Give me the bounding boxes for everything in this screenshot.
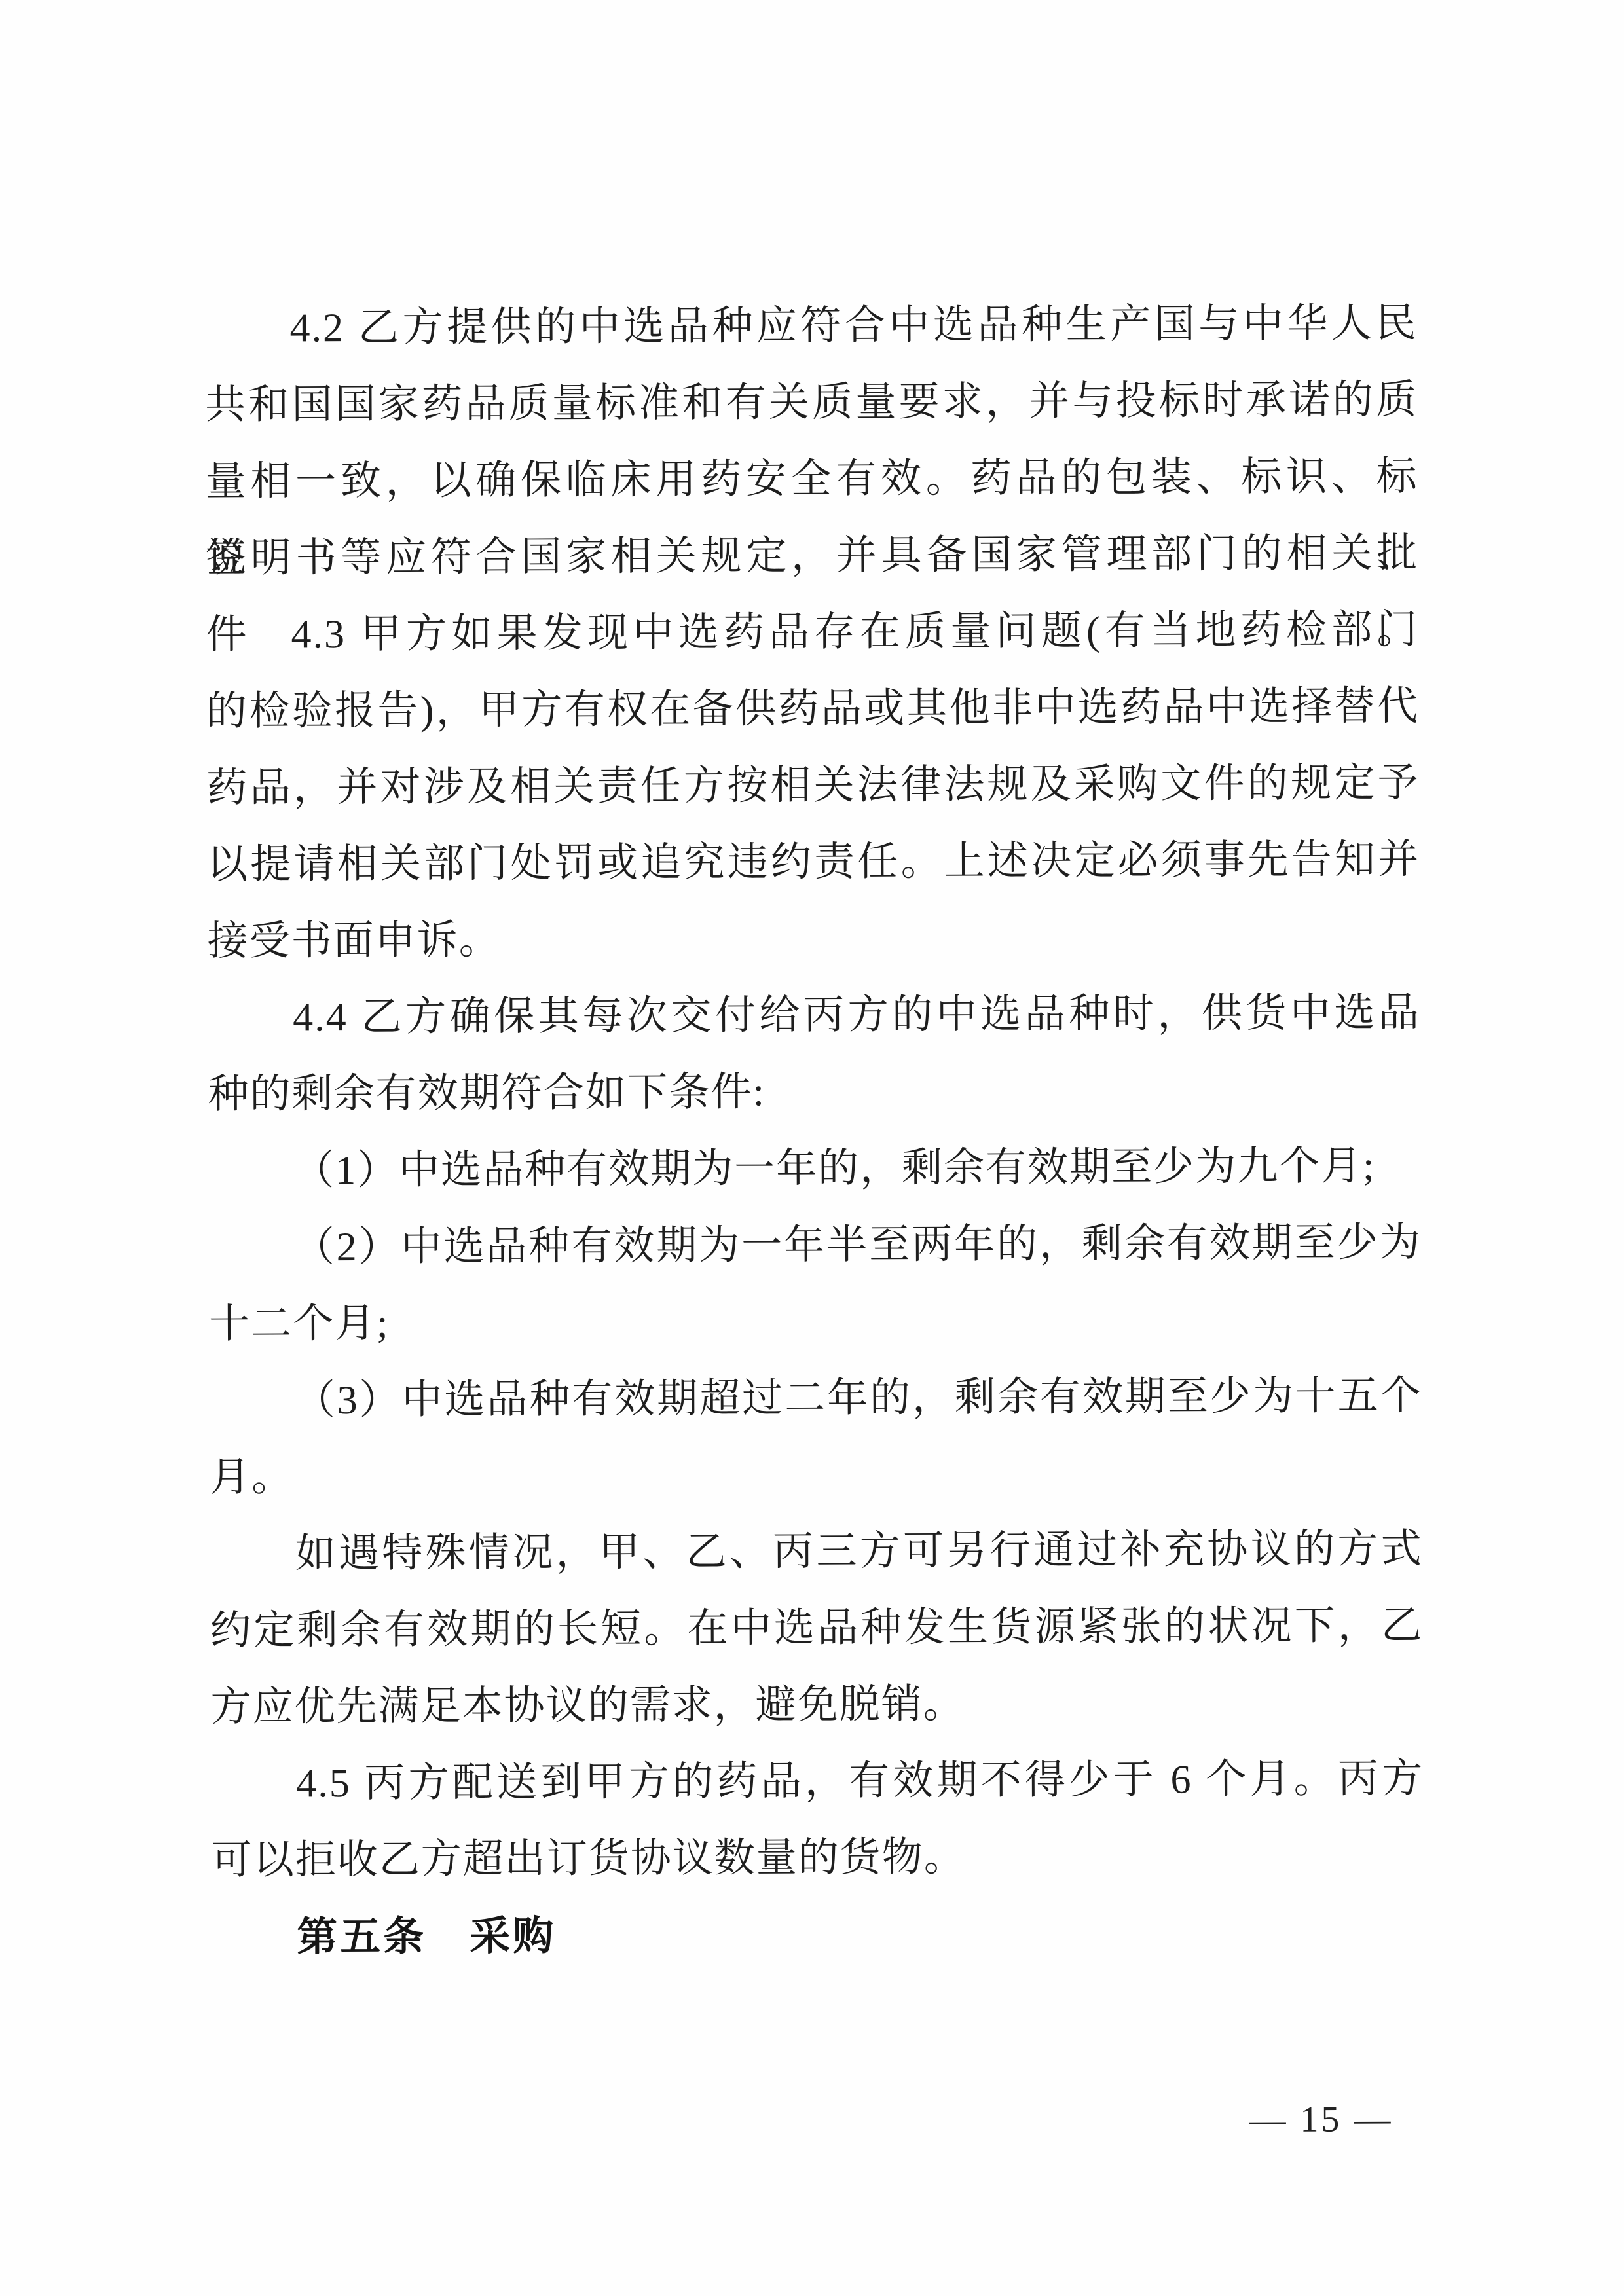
- text-line: 共和国国家药品质量标准和有关质量要求，并与投标时承诺的质: [205, 362, 1418, 444]
- text-line: 约定剩余有效期的长短。在中选品种发生货源紧张的状况下，乙: [210, 1588, 1423, 1669]
- text-line: 4.3 甲方如果发现中选药品存在质量问题(有当地药检部门: [206, 592, 1418, 674]
- text-line: （2）中选品种有效期为一年半至两年的，剩余有效期至少为: [208, 1205, 1421, 1286]
- text-line: 的检验报告)，甲方有权在备供药品或其他非中选药品中选择替代: [206, 668, 1419, 750]
- clause-4-4-paragraph: 4.4 乙方确保其每次交付给丙方的中选品种时，供货中选品 种的剩余有效期符合如下…: [208, 975, 1421, 1133]
- condition-item-1: （1）中选品种有效期为一年的，剩余有效期至少为九个月;: [208, 1128, 1421, 1210]
- text-line: 4.4 乙方确保其每次交付给丙方的中选品种时，供货中选品: [208, 975, 1420, 1057]
- page-number: — 15 —: [1213, 2096, 1429, 2143]
- clause-4-2-paragraph: 4.2 乙方提供的中选品种应符合中选品种生产国与中华人民 共和国国家药品质量标准…: [204, 285, 1418, 597]
- text-line: 药品，并对涉及相关责任方按相关法律法规及采购文件的规定予: [206, 745, 1419, 827]
- text-line: 量相一致，以确保临床用药安全有效。药品的包装、标识、标签、: [205, 439, 1418, 520]
- scanned-contract-page: 4.2 乙方提供的中选品种应符合中选品种生产国与中华人民 共和国国家药品质量标准…: [0, 0, 1624, 2296]
- special-case-paragraph: 如遇特殊情况，甲、乙、丙三方可另行通过补充协议的方式 约定剩余有效期的长短。在中…: [210, 1511, 1424, 1746]
- text-line: 方应优先满足本协议的需求，避免脱销。: [210, 1664, 1423, 1746]
- text-line: 十二个月;: [209, 1281, 1422, 1363]
- clause-4-3-paragraph: 4.3 甲方如果发现中选药品存在质量问题(有当地药检部门 的检验报告)，甲方有权…: [206, 592, 1420, 980]
- contract-text-block: 4.2 乙方提供的中选品种应符合中选品种生产国与中华人民 共和国国家药品质量标准…: [204, 285, 1424, 1976]
- text-line: 4.5 丙方配送到甲方的药品，有效期不得少于 6 个月。丙方: [211, 1741, 1424, 1823]
- clause-4-5-paragraph: 4.5 丙方配送到甲方的药品，有效期不得少于 6 个月。丙方 可以拒收乙方超出订…: [211, 1741, 1424, 1899]
- text-line: 4.2 乙方提供的中选品种应符合中选品种生产国与中华人民: [204, 285, 1417, 367]
- condition-item-3: （3）中选品种有效期超过二年的，剩余有效期至少为十五个 月。: [209, 1358, 1422, 1516]
- text-line: （3）中选品种有效期超过二年的，剩余有效期至少为十五个: [209, 1358, 1422, 1440]
- text-line: 种的剩余有效期符合如下条件:: [208, 1051, 1420, 1133]
- scan-sheet: 4.2 乙方提供的中选品种应符合中选品种生产国与中华人民 共和国国家药品质量标准…: [0, 0, 1624, 2296]
- heading-text: 第五条 采购: [212, 1894, 1424, 1976]
- condition-item-2: （2）中选品种有效期为一年半至两年的，剩余有效期至少为 十二个月;: [208, 1205, 1422, 1363]
- article-5-heading: 第五条 采购: [212, 1894, 1424, 1976]
- text-line: 月。: [210, 1434, 1422, 1516]
- text-line: （1）中选品种有效期为一年的，剩余有效期至少为九个月;: [208, 1128, 1421, 1210]
- text-line: 如遇特殊情况，甲、乙、丙三方可另行通过补充协议的方式: [210, 1511, 1422, 1593]
- text-line: 可以拒收乙方超出订货协议数量的货物。: [211, 1817, 1424, 1899]
- text-line: 说明书等应符合国家相关规定，并具备国家管理部门的相关批件。: [206, 515, 1418, 597]
- text-line: 以提请相关部门处罚或追究违约责任。上述决定必须事先告知并: [207, 822, 1420, 903]
- text-line: 接受书面申诉。: [207, 898, 1420, 980]
